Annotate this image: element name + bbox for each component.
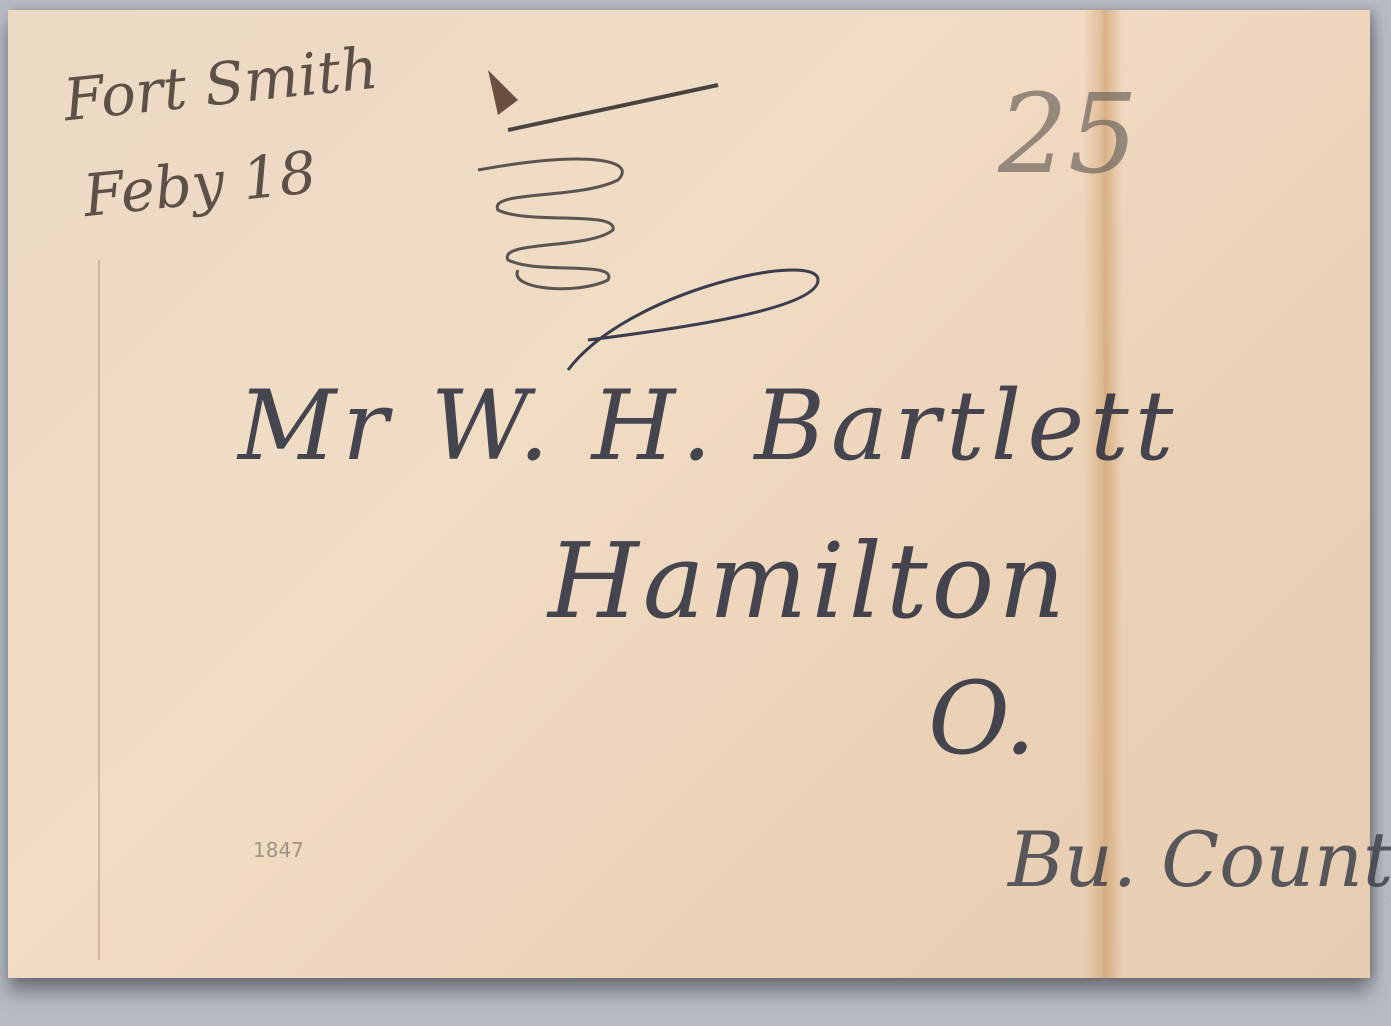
fold-line <box>98 260 100 960</box>
address-flourish-icon <box>548 260 848 380</box>
postmark-town: Fort Smith <box>60 34 381 135</box>
pencil-year: 1847 <box>253 838 304 862</box>
address-state: O. <box>928 660 1036 777</box>
postmark-date: Feby 18 <box>80 138 319 230</box>
address-county: Bu. County <box>1008 815 1391 904</box>
addressee-name: Mr W. H. Bartlett <box>238 370 1179 482</box>
address-city: Hamilton <box>548 520 1069 642</box>
letter-cover: Fort Smith Feby 18 25 Mr W. H. Bartlett … <box>8 10 1370 978</box>
postage-rate: 25 <box>998 70 1138 198</box>
